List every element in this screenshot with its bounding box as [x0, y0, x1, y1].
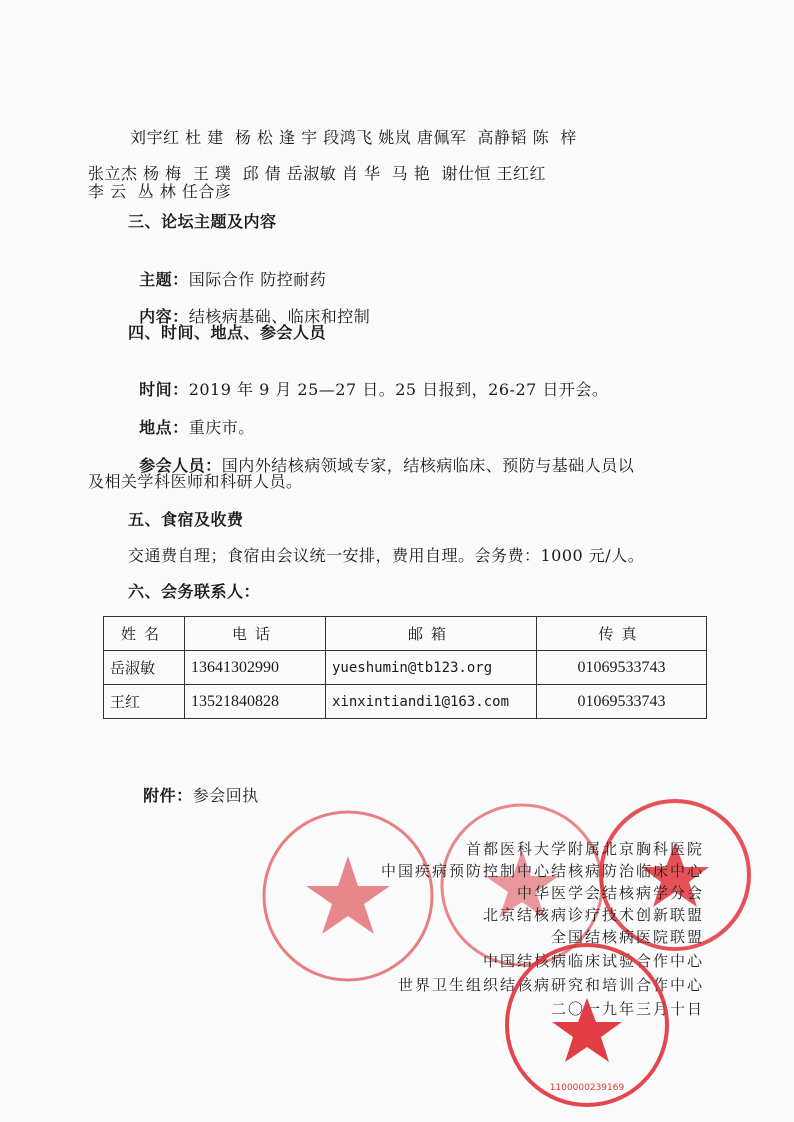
attachment-value: 参会回执 [193, 786, 259, 805]
attachment-label: 附件： [143, 786, 193, 805]
cell-fax: 01069533743 [537, 685, 707, 719]
star-icon [306, 856, 390, 934]
cell-email: yueshumin@tb123.org [326, 651, 537, 685]
time-value: 2019 年 9 月 25—27 日。25 日报到，26-27 日开会。 [189, 380, 609, 399]
cell-email: xinxintiandi1@163.com [326, 685, 537, 719]
stamp-code: 1100000239169 [550, 1083, 625, 1093]
table-row: 王红 13521840828 xinxintiandi1@163.com 010… [104, 685, 707, 719]
attendees-line-3: 李 云 丛 林 任合彦 [88, 182, 231, 202]
participants-line-1: 参会人员：国内外结核病领域专家，结核病临床、预防与基础人员以 [128, 436, 634, 476]
signature-org-2: 中国疾病预防控制中心结核病防治临床中心 [381, 860, 704, 882]
section4-heading: 四、时间、地点、参会人员 [128, 323, 326, 343]
section5-heading: 五、食宿及收费 [128, 510, 244, 530]
attachment-line: 附件：参会回执 [132, 766, 259, 806]
participants-line-2: 及相关学科医师和科研人员。 [88, 472, 303, 492]
attendees-line-2: 张立杰 杨 梅 王 璞 邱 倩 岳淑敏 肖 华 马 艳 谢仕恒 王红红 [88, 164, 546, 184]
signature-org-3: 中华医学会结核病学分会 [517, 882, 704, 904]
signature-org-4: 北京结核病诊疗技术创新联盟 [483, 904, 704, 926]
header-phone: 电话 [185, 617, 326, 651]
cell-name: 王红 [104, 685, 185, 719]
table-row: 岳淑敏 13641302990 yueshumin@tb123.org 0106… [104, 651, 707, 685]
time-line: 时间：2019 年 9 月 25—27 日。25 日报到，26-27 日开会。 [128, 360, 608, 400]
stamp-beijing-chest-hospital [258, 806, 438, 986]
cell-phone: 13521840828 [185, 685, 326, 719]
time-label: 时间： [139, 380, 189, 399]
header-fax: 传真 [537, 617, 707, 651]
section6-heading: 六、会务联系人： [128, 582, 260, 602]
place-value: 重庆市。 [189, 418, 255, 437]
fees-text: 交通费自理；食宿由会议统一安排，费用自理。会务费：1000 元/人。 [128, 546, 644, 566]
content-line: 内容：结核病基础、临床和控制 [128, 287, 370, 327]
contacts-table: 姓名 电话 邮箱 传真 岳淑敏 13641302990 yueshumin@tb… [103, 616, 707, 719]
cell-fax: 01069533743 [537, 651, 707, 685]
cell-phone: 13641302990 [185, 651, 326, 685]
signature-org-1: 首都医科大学附属北京胸科医院 [466, 838, 704, 860]
table-header-row: 姓名 电话 邮箱 传真 [104, 617, 707, 651]
header-name: 姓名 [104, 617, 185, 651]
header-email: 邮箱 [326, 617, 537, 651]
theme-line: 主题：国际合作 防控耐药 [128, 250, 326, 290]
star-icon [552, 998, 622, 1062]
cell-name: 岳淑敏 [104, 651, 185, 685]
place-label: 地点： [139, 418, 189, 437]
attendees-line-1: 刘宇红 杜 建 杨 松 逢 宇 段鸿飞 姚岚 唐佩军 高静韬 陈 梓 [130, 128, 577, 148]
place-line: 地点：重庆市。 [128, 398, 255, 438]
stamp-beijing-tb-alliance: 1100000239169 [500, 938, 675, 1113]
section3-heading: 三、论坛主题及内容 [128, 212, 277, 232]
